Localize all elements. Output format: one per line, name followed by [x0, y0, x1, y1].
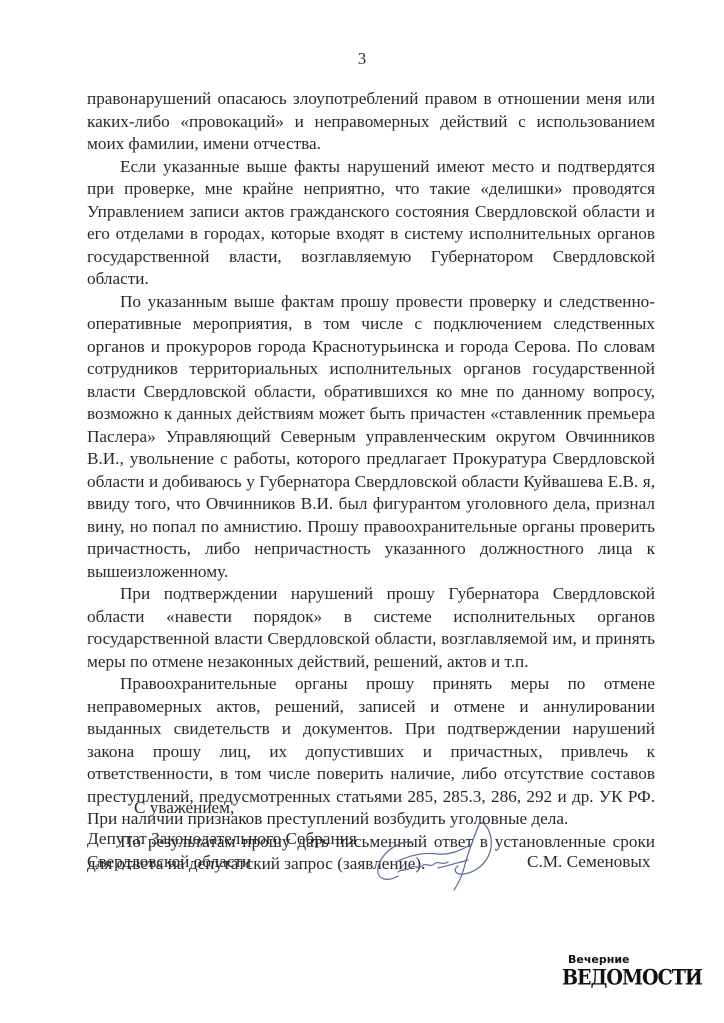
- signer-name: С.М. Семеновых: [527, 852, 651, 872]
- closing-salutation: С уважением,: [134, 798, 234, 818]
- letter-body: правонарушений опасаюсь злоупотреблений …: [87, 88, 655, 876]
- page-number: 3: [0, 49, 724, 69]
- logo-line2: ВЕДОМОСТИ: [562, 966, 672, 989]
- signer-title-line1: Депутат Законодательного Собрания: [87, 829, 357, 849]
- paragraph: правонарушений опасаюсь злоупотреблений …: [87, 88, 655, 156]
- paragraph: При подтверждении нарушений прошу Губерн…: [87, 583, 655, 673]
- handwritten-signature-icon: [368, 812, 508, 892]
- paragraph: Если указанные выше факты нарушений имею…: [87, 156, 655, 291]
- paragraph: По указанным выше фактам прошу провести …: [87, 291, 655, 584]
- signer-title-line2: Свердловской области: [87, 852, 251, 872]
- newspaper-logo: Вечерние ВЕДОМОСТИ: [562, 954, 672, 986]
